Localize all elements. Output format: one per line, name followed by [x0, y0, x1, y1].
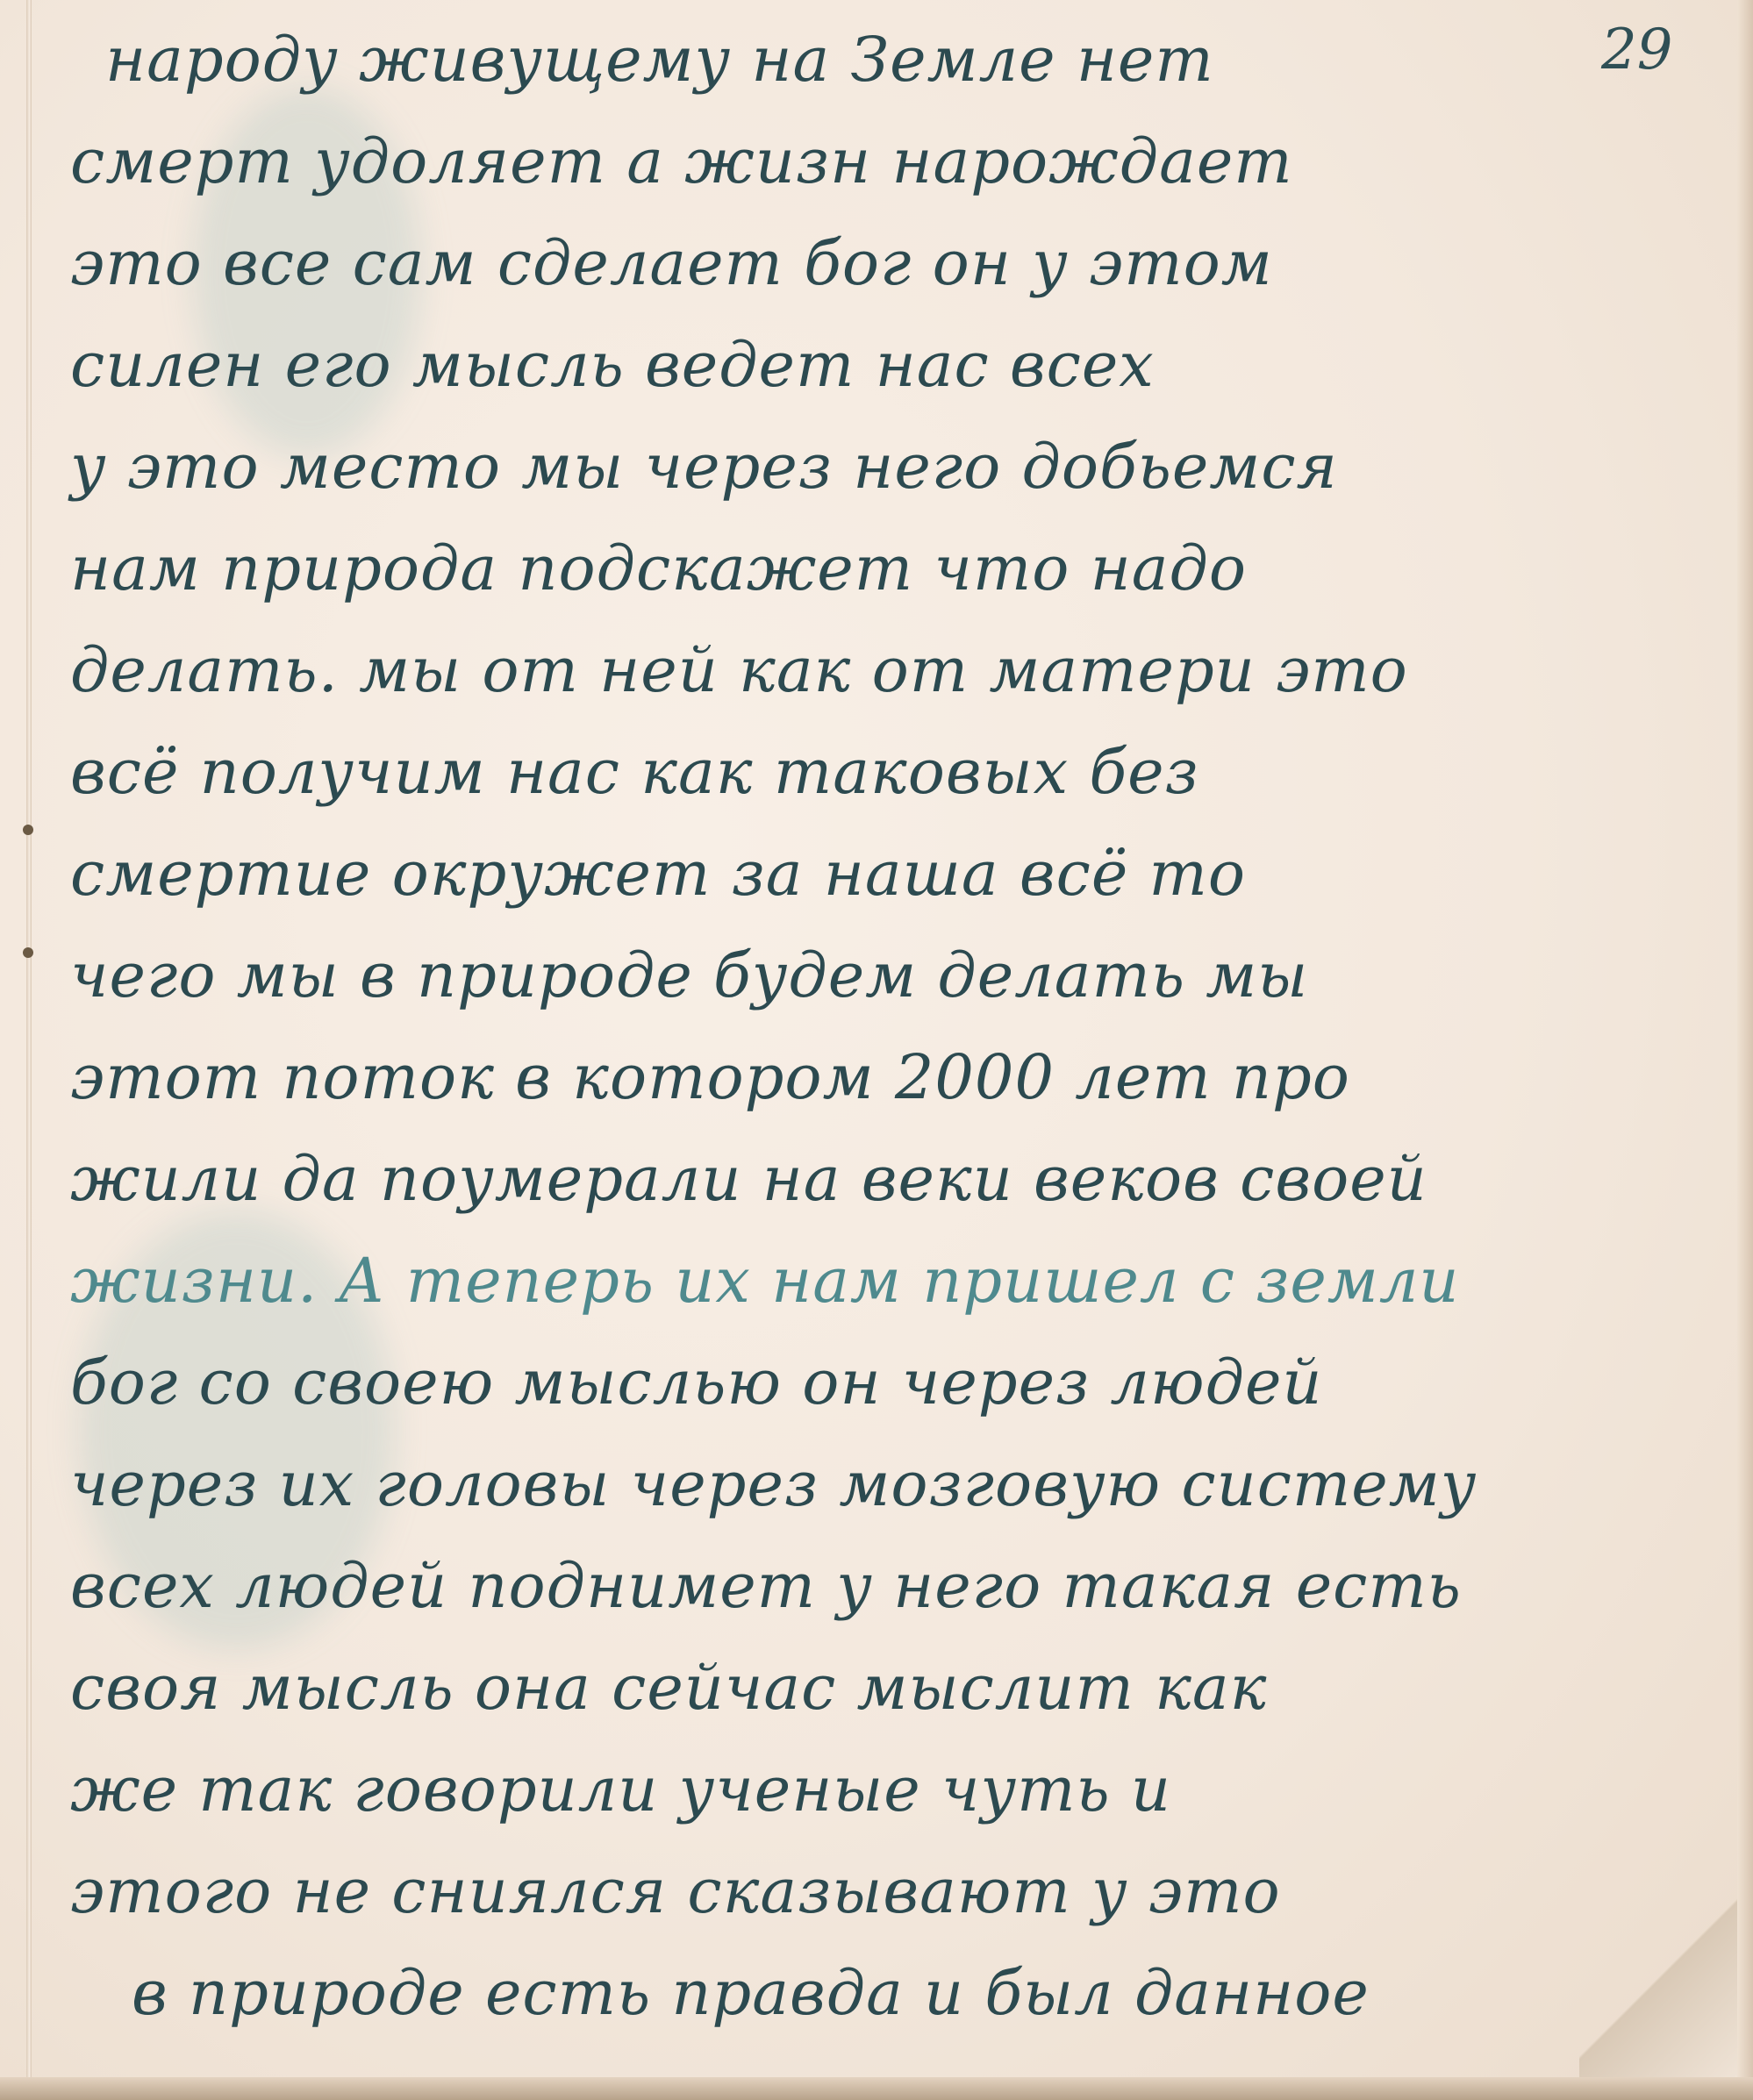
text-line: всех людей поднимет у него такая есть: [70, 1535, 1667, 1637]
text-line: всё получим нас как таковых без: [70, 721, 1667, 823]
text-line: же так говорили ученые чуть и: [70, 1739, 1667, 1840]
text-line: делать. мы от ней как от матери это: [70, 619, 1667, 721]
handwritten-text: народу живущему на Земле нет смерт удоля…: [70, 9, 1667, 2044]
text-line: через их головы через мозговую систему: [70, 1433, 1667, 1535]
text-line: это все сам сделает бог он у этом: [70, 212, 1667, 314]
text-line: жили да поумерали на веки веков своей: [70, 1128, 1667, 1230]
text-line: своя мысль она сейчас мыслит как: [70, 1637, 1667, 1739]
text-line: чего мы в природе будем делать мы: [70, 925, 1667, 1026]
text-line: у это место мы через него добьемся: [70, 416, 1667, 518]
binding-stitch: [23, 947, 33, 958]
text-line: смертие окружет за наша всё то: [70, 823, 1667, 925]
text-line: жизни. А теперь их нам пришел с земли: [70, 1230, 1667, 1332]
text-line: в природе есть правда и был данное: [70, 1942, 1667, 2044]
page-binding: [26, 0, 32, 2100]
text-line: этот поток в котором 2000 лет про: [70, 1026, 1667, 1128]
text-line: нам природа подскажет что надо: [70, 518, 1667, 619]
text-line: этого не сниялся сказывают у это: [70, 1840, 1667, 1942]
text-line: силен его мысль ведет нас всех: [70, 314, 1667, 416]
text-line: бог со своею мыслью он через людей: [70, 1332, 1667, 1433]
page-edge: [1737, 0, 1753, 2100]
text-line: смерт удоляет а жизн нарождает: [70, 111, 1667, 212]
binding-stitch: [23, 825, 33, 835]
page-edge: [0, 2077, 1753, 2100]
notebook-page: 29 народу живущему на Земле нет смерт уд…: [0, 0, 1753, 2100]
text-line: народу живущему на Земле нет: [70, 9, 1667, 111]
